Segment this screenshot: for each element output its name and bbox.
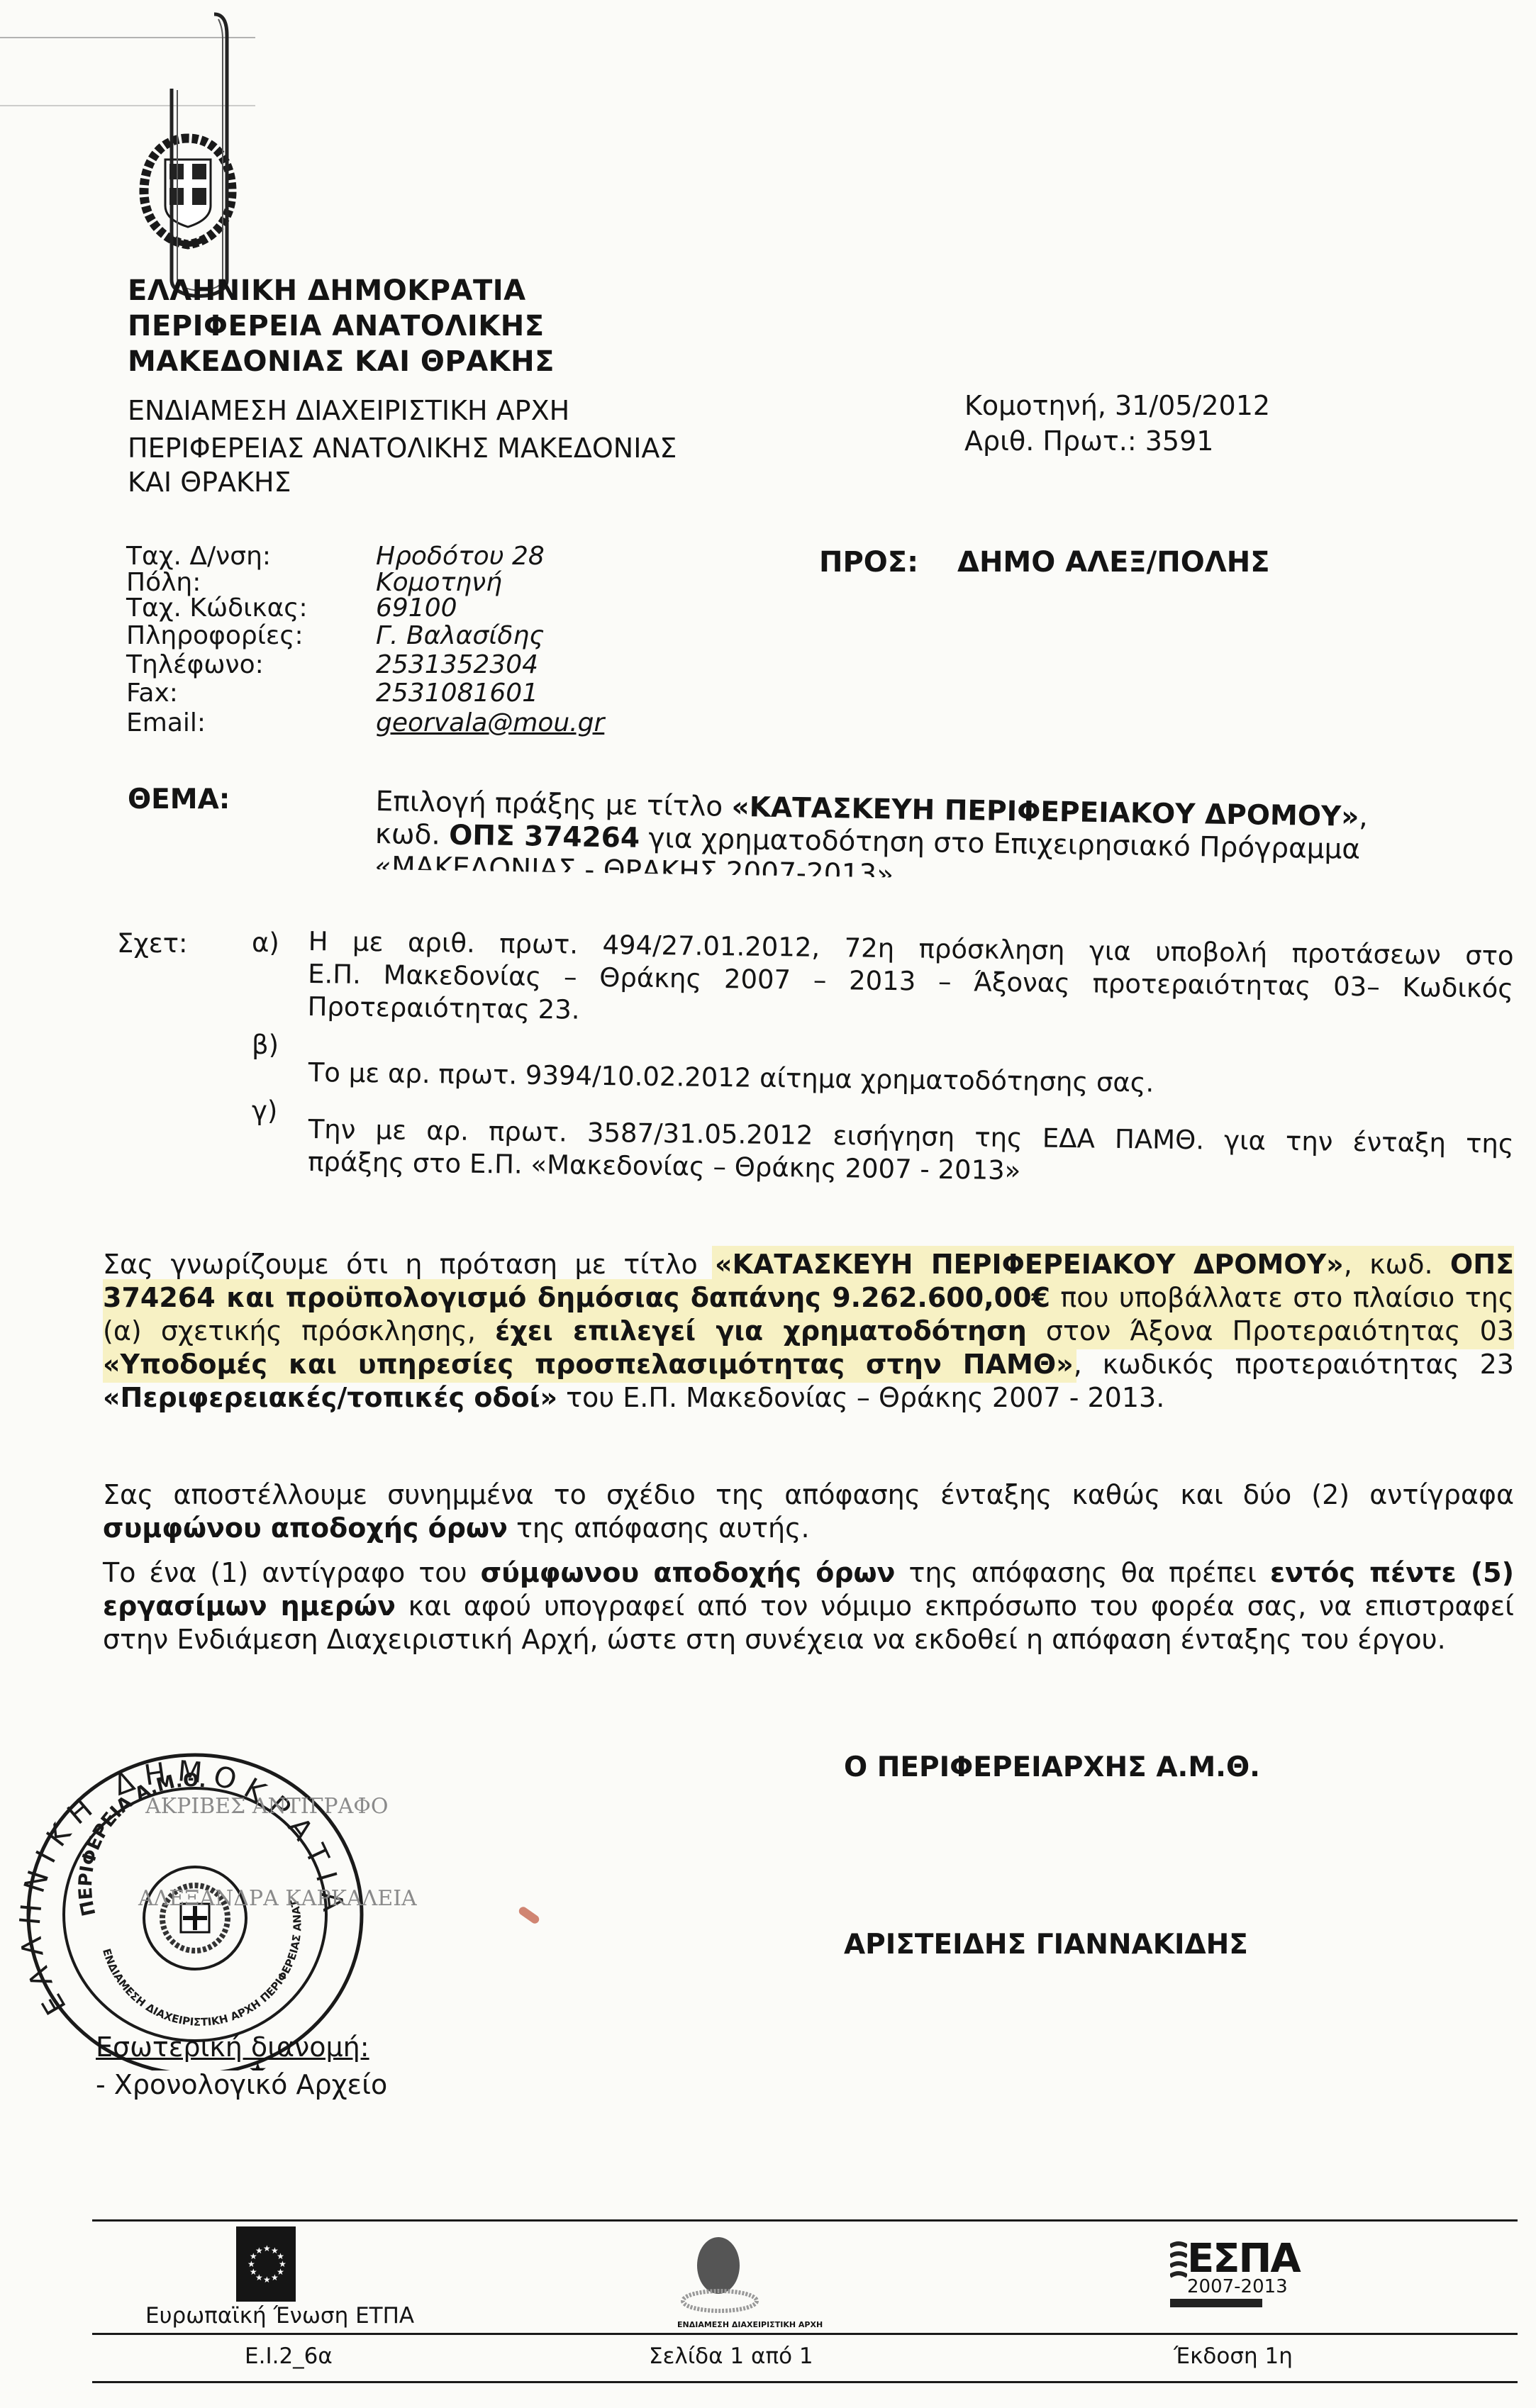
eu-flag-icon: ★★★★★★★★★★★★: [236, 2226, 296, 2302]
intermediate-authority-logo-icon: [677, 2234, 762, 2326]
text: στον Άξονα Προτεραιότητας 03: [1027, 1315, 1514, 1347]
priority-axis: «Υποδομές και υπηρεσίες προσπελασιμότητα…: [103, 1349, 1074, 1380]
signatory-title: Ο ΠΕΡΙΦΕΡΕΙΑΡΧΗΣ Α.Μ.Θ.: [844, 1751, 1260, 1783]
espa-bar: [1170, 2299, 1262, 2307]
contact-value: 2531352304: [376, 651, 538, 679]
footer-rule-middle: [92, 2333, 1518, 2335]
page-number: Σελίδα 1 από 1: [649, 2343, 813, 2369]
reference-item: Το με αρ. πρωτ. 9394/10.02.2012 αίτημα χ…: [308, 1057, 1513, 1104]
contact-row: Fax:2531081601: [126, 679, 374, 708]
reference-letter: γ): [252, 1096, 277, 1126]
contact-value: Κομοτηνή: [376, 569, 502, 597]
subject-text-part: κωδ.: [375, 818, 450, 852]
selection-status: έχει επιλεγεί για χρηματοδότηση: [495, 1315, 1027, 1347]
org-line-1: ΕΛΛΗΝΙΚΗ ΔΗΜΟΚΡΑΤΙΑ: [128, 273, 526, 308]
text: Σας γνωρίζουμε ότι η πρόταση με τίτλο: [103, 1249, 715, 1280]
place-date: Κομοτηνή, 31/05/2012: [964, 389, 1270, 423]
espa-wave-icon: [1170, 2241, 1187, 2290]
paragraph-instructions: Το ένα (1) αντίγραφο του σύμφωνου αποδοχ…: [103, 1556, 1514, 1656]
distribution-item: - Χρονολογικό Αρχείο: [96, 2069, 387, 2100]
project-code: ΟΠΣ 374264: [449, 820, 640, 854]
references-label: Σχετ:: [117, 927, 188, 960]
text: , κωδικός προτεραιότητας 23: [1074, 1349, 1514, 1380]
svg-text:★: ★: [271, 2273, 279, 2282]
subject-text-part: ,: [1359, 801, 1368, 833]
reference-letter: α): [252, 927, 279, 958]
authority-line-1: ΕΝΔΙΑΜΕΣΗ ΔΙΑΧΕΙΡΙΣΤΙΚΗ ΑΡΧΗ: [128, 394, 569, 428]
distribution-heading: Εσωτερική διανομή:: [96, 2031, 369, 2063]
contact-label: Τηλέφωνο:: [126, 651, 374, 679]
espa-years: 2007-2013: [1187, 2278, 1300, 2296]
text: της απόφασης θα πρέπει: [895, 1557, 1270, 1588]
contact-label: Email:: [126, 709, 374, 737]
contact-value: Ηροδότου 28: [376, 542, 545, 571]
reference-item: Την με αρ. πρωτ. 3587/31.05.2012 εισήγησ…: [308, 1113, 1514, 1193]
text: Σας αποστέλλουμε συνημμένα το σχέδιο της…: [103, 1479, 1514, 1510]
svg-text:★: ★: [255, 2246, 263, 2256]
eda-caption: ΕΝΔΙΑΜΕΣΗ ΔΙΑΧΕΙΡΙΣΤΙΚΗ ΑΡΧΗ: [677, 2320, 823, 2329]
text-bold: συμφώνου αποδοχής όρων: [103, 1512, 508, 1544]
recipient-value: ΔΗΜΟ ΑΛΕΞ/ΠΟΛΗΣ: [957, 546, 1270, 579]
contact-row: Ταχ. Κώδικας:69100: [126, 594, 374, 623]
contact-row: Πληροφορίες:Γ. Βαλασίδης: [126, 622, 374, 650]
project-title: «ΚΑΤΑΣΚΕΥΗ ΠΕΡΙΦΕΡΕΙΑΚΟΥ ΔΡΟΜΟΥ»: [715, 1249, 1344, 1280]
document-code: Ε.Ι.2_6α: [245, 2343, 333, 2369]
subject-text: Επιλογή πράξης με τίτλο «ΚΑΤΑΣΚΕΥΗ ΠΕΡΙΦ…: [374, 786, 1518, 887]
reference-line: Το με αρ. πρωτ. 9394/10.02.2012 αίτημα χ…: [308, 1057, 1513, 1104]
footer-rule-top: [92, 2219, 1518, 2222]
espa-logo: ΕΣΠΑ 2007-2013: [1170, 2241, 1300, 2307]
subject-label: ΘΕΜΑ:: [128, 784, 230, 815]
reference-item: Η με αριθ. πρωτ. 494/27.01.2012, 72η πρό…: [307, 925, 1514, 1038]
certified-copy-stamp: ΑΚΡΙΒΕΣ ΑΝΤΙΓΡΑΦΟ: [145, 1794, 388, 1819]
email-link[interactable]: georvala@mou.gr: [376, 709, 604, 737]
text: , κωδ.: [1344, 1249, 1450, 1280]
contact-row: Ταχ. Δ/νση:Ηροδότου 28: [126, 542, 374, 571]
contact-label: Fax:: [126, 679, 374, 708]
contact-row: Πόλη:Κομοτηνή: [126, 569, 374, 597]
text: της απόφασης αυτής.: [508, 1512, 810, 1544]
text: του Ε.Π. Μακεδονίας – Θράκης 2007 - 2013…: [557, 1382, 1164, 1413]
protocol-number: Αριθ. Πρωτ.: 3591: [964, 424, 1213, 458]
contact-row: Τηλέφωνο:2531352304: [126, 651, 374, 679]
svg-text:★: ★: [263, 2243, 271, 2253]
priority-code-title: «Περιφερειακές/τοπικές οδοί»: [103, 1382, 557, 1413]
svg-text:★: ★: [263, 2275, 271, 2285]
reference-letter: β): [252, 1030, 279, 1060]
scan-line: [0, 37, 255, 38]
contact-label: Πληροφορίες:: [126, 622, 374, 650]
signatory-name: ΑΡΙΣΤΕΙΔΗΣ ΓΙΑΝΝΑΚΙΔΗΣ: [844, 1929, 1248, 1961]
authority-line-2: ΠΕΡΙΦΕΡΕΙΑΣ ΑΝΑΤΟΛΙΚΗΣ ΜΑΚΕΔΟΝΙΑΣ: [128, 431, 677, 465]
ink-mark: [517, 1905, 540, 1925]
subject-text-part: Επιλογή πράξης με τίτλο: [375, 786, 732, 823]
org-line-3: ΜΑΚΕΔΟΝΙΑΣ ΚΑΙ ΘΡΑΚΗΣ: [128, 344, 555, 379]
contact-value: Γ. Βαλασίδης: [376, 622, 544, 650]
certifier-name-stamp: ΑΛΕΞΑΝΔΡΑ ΚΑΡΚΑΛΕΙΑ: [138, 1886, 417, 1911]
text: Το ένα (1) αντίγραφο του: [103, 1557, 481, 1588]
org-line-2: ΠΕΡΙΦΕΡΕΙΑ ΑΝΑΤΟΛΙΚΗΣ: [128, 308, 545, 344]
recipient-label: ΠΡΟΣ:: [819, 546, 918, 579]
paragraph-attachments: Σας αποστέλλουμε συνημμένα το σχέδιο της…: [103, 1478, 1514, 1545]
contact-row: Email:georvala@mou.gr: [126, 709, 374, 737]
contact-value: 2531081601: [376, 679, 538, 708]
text-bold: σύμφωνου αποδοχής όρων: [481, 1557, 896, 1588]
contact-label: Ταχ. Κώδικας:: [126, 594, 374, 623]
contact-value: 69100: [376, 594, 457, 623]
contact-label: Πόλη:: [126, 569, 374, 597]
paragraph-selection: Σας γνωρίζουμε ότι η πρόταση με τίτλο «Κ…: [103, 1248, 1514, 1415]
contact-label: Ταχ. Δ/νση:: [126, 542, 374, 571]
authority-line-3: ΚΑΙ ΘΡΑΚΗΣ: [128, 465, 291, 499]
footer-rule-bottom: [92, 2381, 1518, 2383]
scan-line: [0, 105, 255, 106]
greek-coat-of-arms-icon: [138, 131, 238, 252]
espa-title: ΕΣΠΑ: [1187, 2241, 1300, 2278]
edition: Έκδοση 1η: [1174, 2343, 1293, 2369]
eu-caption: Ευρωπαϊκή Ένωση ΕΤΠΑ: [145, 2303, 414, 2329]
